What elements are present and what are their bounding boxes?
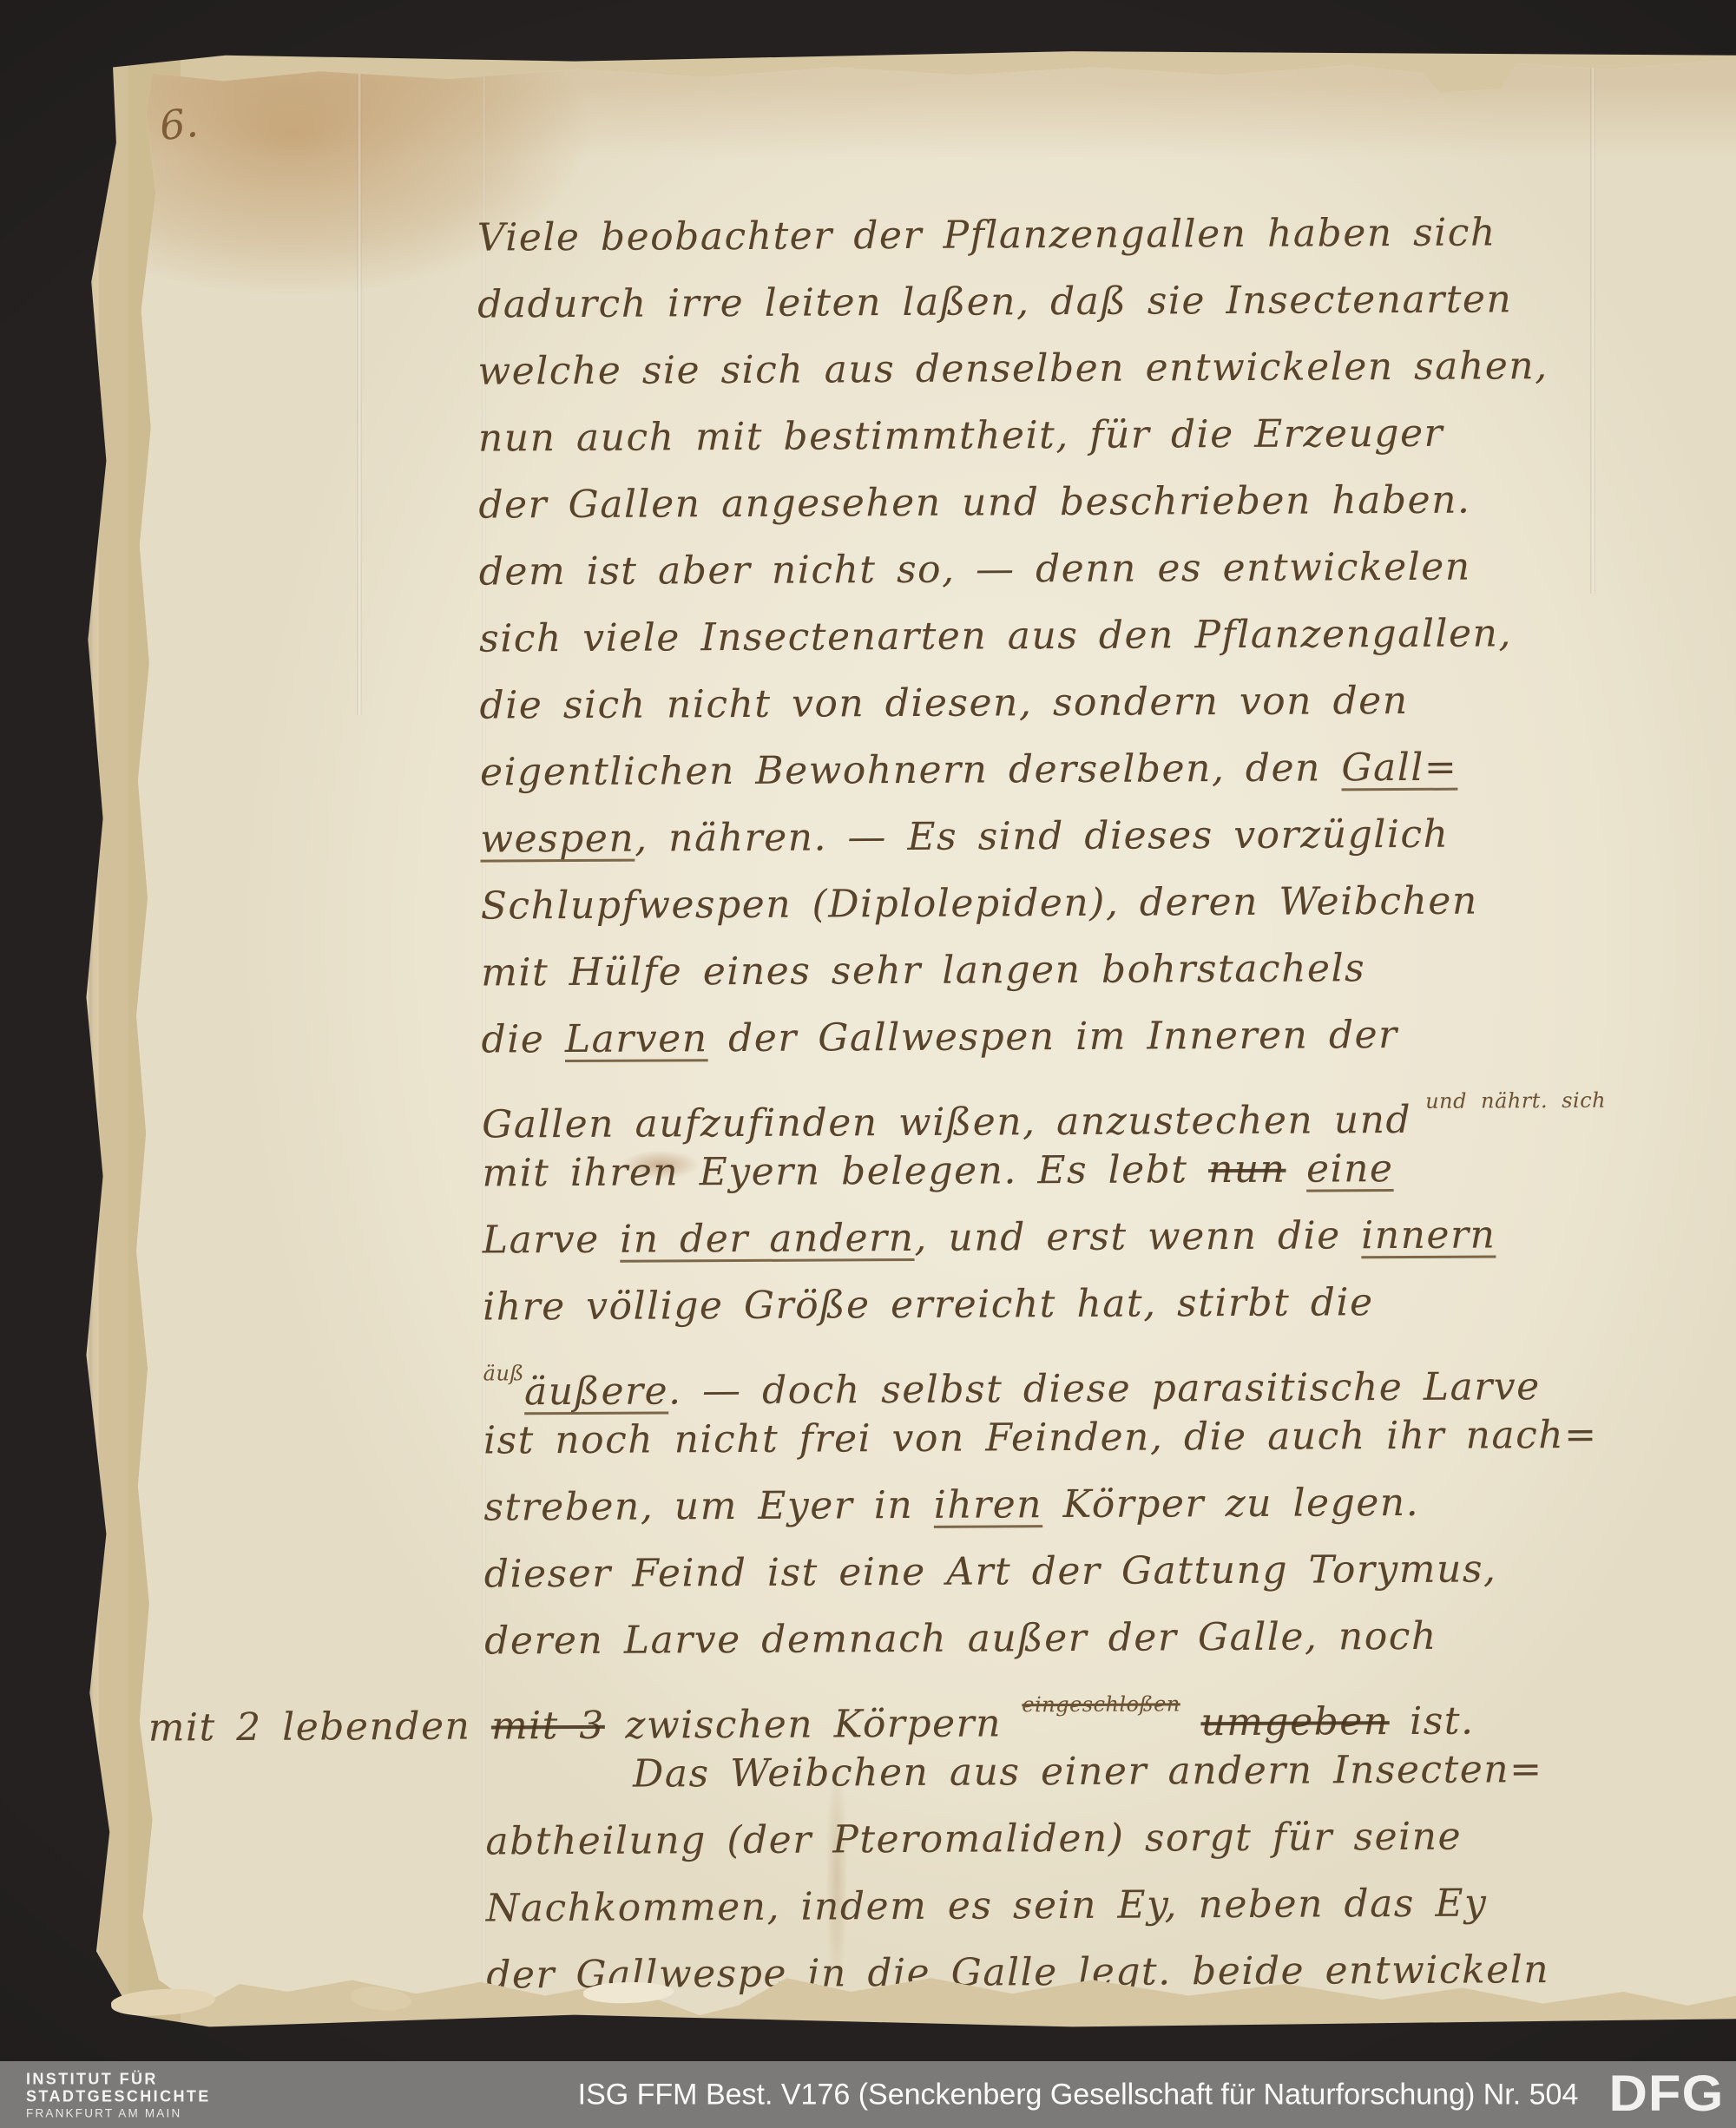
manuscript-segment: eigentlichen Bewohnern derselben, den [480, 745, 1342, 794]
institute-logo-line1: INSTITUT FÜR [26, 2070, 211, 2087]
manuscript-line: abtheilung (der Pteromaliden) sorgt für … [485, 1802, 1666, 1875]
manuscript-line: mit 2 lebenden mit 3 zwischen Körpern ei… [148, 1668, 1665, 1743]
manuscript-segment: , nähren. — Es sind dieses vorzüglich [635, 812, 1449, 861]
manuscript-segment: mit Hülfe eines sehr langen bohrstachels [481, 946, 1365, 995]
manuscript-line: dadurch irre leiten laßen, daß sie Insec… [477, 265, 1658, 338]
archive-scan: 6. Viele beobachter der Pflanzengallen h… [0, 0, 1736, 2128]
manuscript-segment: die [481, 1017, 565, 1062]
manuscript-segment: Das Weibchen aus einer andern Insecten= [633, 1747, 1543, 1796]
manuscript-line: sich viele Insectenarten aus den Pflanze… [479, 599, 1660, 672]
manuscript-segment: dieser Feind ist eine Art der Gattung To… [484, 1547, 1497, 1596]
manuscript-text: Viele beobachter der Pflanzengallen habe… [477, 198, 1667, 2008]
manuscript-segment-u: Gall= [1341, 745, 1457, 791]
manuscript-segment-st: mit 3 [491, 1704, 605, 1749]
manuscript-line: der Gallen angesehen und beschrieben hab… [478, 465, 1659, 538]
manuscript-segment-st: nun [1208, 1147, 1286, 1192]
manuscript-segment: dadurch irre leiten laßen, daß sie Insec… [477, 277, 1512, 326]
manuscript-segment-u: innern [1361, 1212, 1496, 1258]
manuscript-segment [1286, 1147, 1306, 1192]
manuscript-segment: , und erst wenn die [914, 1213, 1361, 1260]
footer-bar: INSTITUT FÜR STADTGESCHICHTE FRANKFURT A… [0, 2061, 1736, 2128]
institute-logo-line3: FRANKFURT AM MAIN [26, 2106, 211, 2119]
manuscript-segment-u: in der andern [620, 1216, 915, 1262]
manuscript-segment: nun auch mit bestimmtheit, für die Erzeu… [478, 411, 1443, 461]
manuscript-line: wespen, nähren. — Es sind dieses vorzügl… [480, 799, 1660, 872]
manuscript-segment: mit 2 lebenden [148, 1704, 491, 1750]
manuscript-segment: Körper zu legen. [1042, 1481, 1419, 1527]
page-number: 6. [157, 99, 200, 149]
manuscript-line: mit Hülfe eines sehr langen bohrstachels [481, 933, 1661, 1006]
manuscript-segment: Larve [483, 1218, 621, 1263]
manuscript-segment: die sich nicht von diesen, sondern von d… [479, 679, 1408, 728]
fold-crease [357, 56, 362, 715]
manuscript-line: Nachkommen, indem es sein Ey, neben das … [486, 1869, 1667, 1941]
manuscript-segment-u: ihren [934, 1482, 1043, 1527]
manuscript-segment-u: wespen [480, 817, 635, 862]
manuscript-segment: ist noch nicht frei von Feinden, die auc… [483, 1413, 1598, 1463]
manuscript-line: Schlupfwespen (Diplolepiden), deren Weib… [481, 866, 1661, 939]
manuscript-segment: Viele beobachter der Pflanzengallen habe… [477, 210, 1496, 259]
manuscript-segment-sup: äuß [483, 1361, 524, 1385]
manuscript-segment: welche sie sich aus denselben entwickele… [477, 344, 1548, 393]
manuscript-line: welche sie sich aus denselben entwickele… [477, 332, 1658, 404]
manuscript-line: ihre völlige Größe erreicht hat, stirbt … [483, 1267, 1663, 1340]
manuscript-segment-u: eine [1306, 1146, 1394, 1192]
manuscript-line: nun auch mit bestimmtheit, für die Erzeu… [478, 398, 1659, 471]
manuscript-line: mit ihren Eyern belegen. Es lebt nun ein… [482, 1133, 1662, 1206]
manuscript-line: dieser Feind ist eine Art der Gattung To… [484, 1534, 1665, 1607]
manuscript-line: die sich nicht von diesen, sondern von d… [479, 666, 1660, 739]
manuscript-segment-sups: eingeschloßen [1022, 1691, 1180, 1717]
manuscript-segment-sup: und nährt. sich [1411, 1088, 1606, 1113]
manuscript-line: dem ist aber nicht so, — denn es entwick… [479, 532, 1660, 605]
manuscript-segment: mit ihren Eyern belegen. Es lebt [482, 1147, 1208, 1195]
manuscript-segment: der Gallen angesehen und beschrieben hab… [478, 478, 1470, 528]
manuscript-line: deren Larve demnach außer der Galle, noc… [484, 1601, 1665, 1674]
manuscript-line: Larve in der andern, und erst wenn die i… [483, 1200, 1663, 1273]
manuscript-line: äußäußere. — doch selbst diese parasitis… [483, 1334, 1663, 1407]
manuscript-line: streben, um Eyer in ihren Körper zu lege… [483, 1468, 1664, 1540]
manuscript-segment: ihre völlige Größe erreicht hat, stirbt … [483, 1280, 1374, 1329]
manuscript-line: Gallen aufzufinden wißen, anzustechen un… [482, 1067, 1662, 1140]
manuscript-segment: der Gallwespen im Inneren der [707, 1013, 1397, 1061]
manuscript-line: Viele beobachter der Pflanzengallen habe… [477, 198, 1658, 271]
dfg-logo: DFG [1608, 2065, 1724, 2123]
manuscript-segment: Nachkommen, indem es sein Ey, neben das … [486, 1882, 1488, 1931]
manuscript-segment: deren Larve demnach außer der Galle, noc… [484, 1614, 1437, 1664]
manuscript-page: 6. Viele beobachter der Pflanzengallen h… [127, 56, 1736, 2015]
manuscript-segment-u: Larven [565, 1016, 708, 1061]
manuscript-line: die Larven der Gallwespen im Inneren der [481, 1000, 1661, 1073]
manuscript-segment: streben, um Eyer in [483, 1483, 934, 1530]
manuscript-line: eigentlichen Bewohnern derselben, den Ga… [480, 732, 1660, 805]
archive-reference-caption: ISG FFM Best. V176 (Senckenberg Gesellsc… [578, 2078, 1579, 2112]
manuscript-segment: sich viele Insectenarten aus den Pflanze… [479, 611, 1512, 660]
manuscript-line: ist noch nicht frei von Feinden, die auc… [483, 1401, 1664, 1474]
manuscript-segment: abtheilung (der Pteromaliden) sorgt für … [485, 1815, 1462, 1864]
institute-logo: INSTITUT FÜR STADTGESCHICHTE FRANKFURT A… [26, 2070, 211, 2119]
manuscript-segment: Schlupfwespen (Diplolepiden), deren Weib… [481, 879, 1478, 929]
manuscript-line: Das Weibchen aus einer andern Insecten= [485, 1735, 1666, 1808]
institute-logo-line2: STADTGESCHICHTE [26, 2087, 211, 2105]
manuscript-segment: dem ist aber nicht so, — denn es entwick… [479, 545, 1471, 594]
